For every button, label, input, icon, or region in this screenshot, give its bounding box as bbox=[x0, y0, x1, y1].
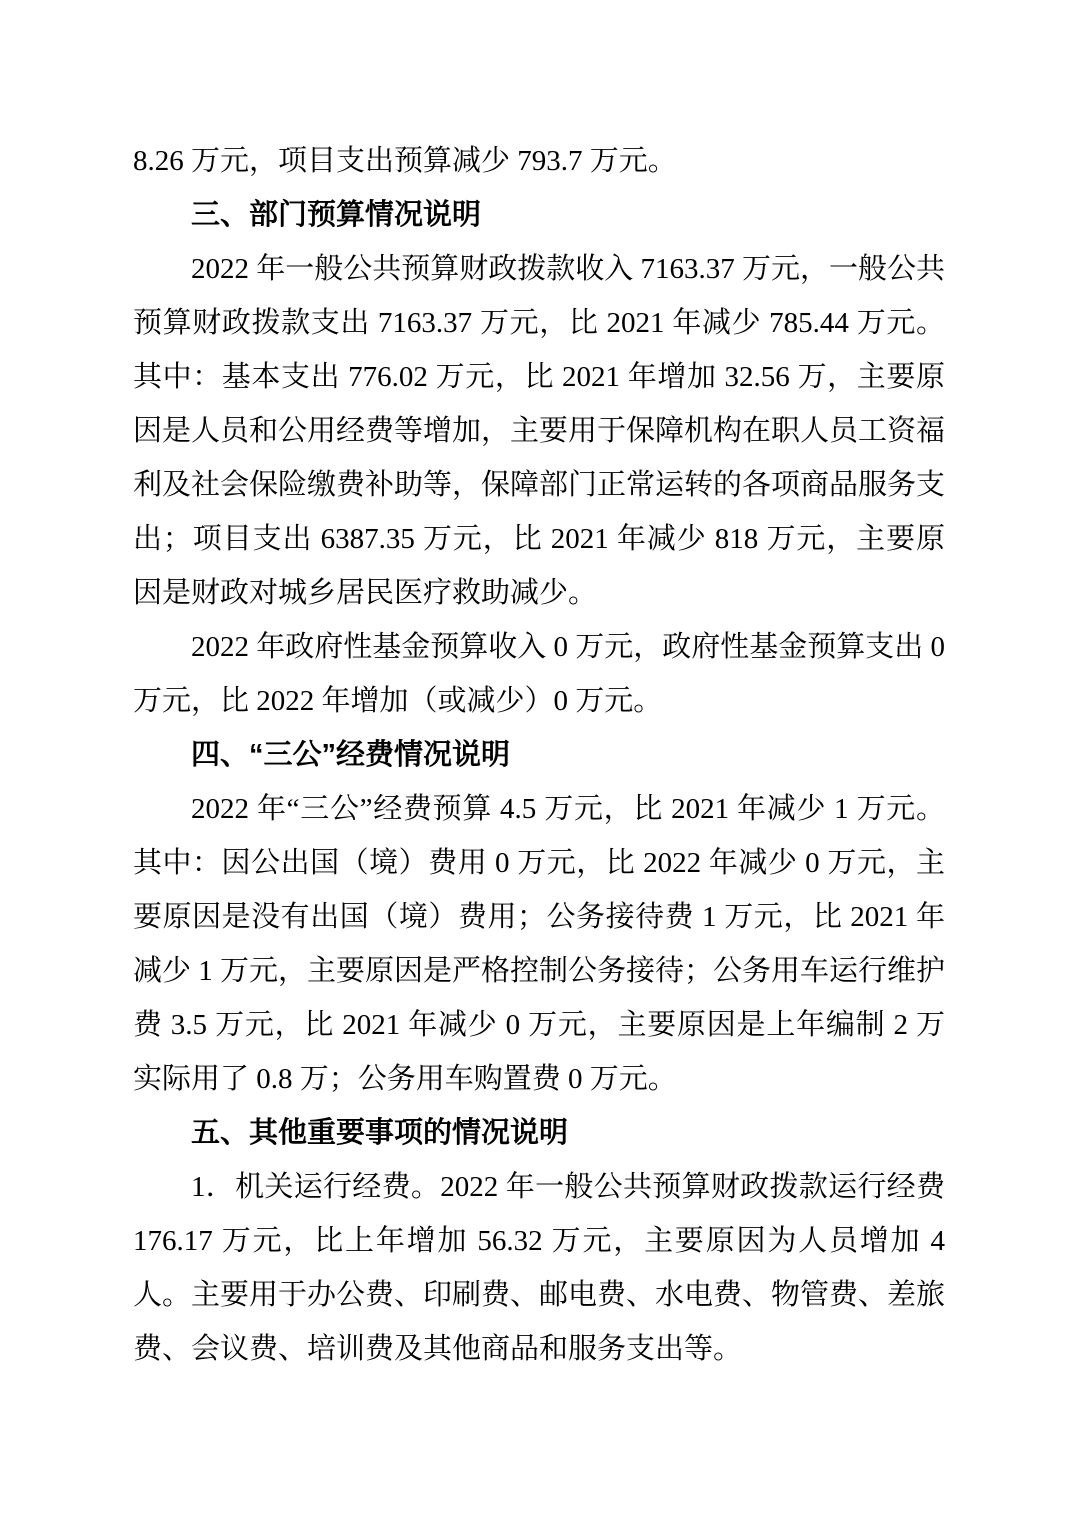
paragraph-operating-expenses: 1．机关运行经费。2022 年一般公共预算财政拨款运行经费 176.17 万元，… bbox=[133, 1160, 945, 1376]
document-page: 8.26 万元，项目支出预算减少 793.7 万元。 三、部门预算情况说明 20… bbox=[0, 0, 1074, 1520]
paragraph-continuation: 8.26 万元，项目支出预算减少 793.7 万元。 bbox=[133, 134, 945, 188]
paragraph-government-fund: 2022 年政府性基金预算收入 0 万元，政府性基金预算支出 0 万元，比 20… bbox=[133, 620, 945, 728]
paragraph-three-public-expenses: 2022 年“三公”经费预算 4.5 万元，比 2021 年减少 1 万元。其中… bbox=[133, 782, 945, 1106]
document-content: 8.26 万元，项目支出预算减少 793.7 万元。 三、部门预算情况说明 20… bbox=[133, 134, 945, 1376]
section-heading-5: 五、其他重要事项的情况说明 bbox=[133, 1106, 945, 1160]
section-heading-3: 三、部门预算情况说明 bbox=[133, 188, 945, 242]
paragraph-budget-overview: 2022 年一般公共预算财政拨款收入 7163.37 万元，一般公共预算财政拨款… bbox=[133, 242, 945, 620]
section-heading-4: 四、“三公”经费情况说明 bbox=[133, 728, 945, 782]
